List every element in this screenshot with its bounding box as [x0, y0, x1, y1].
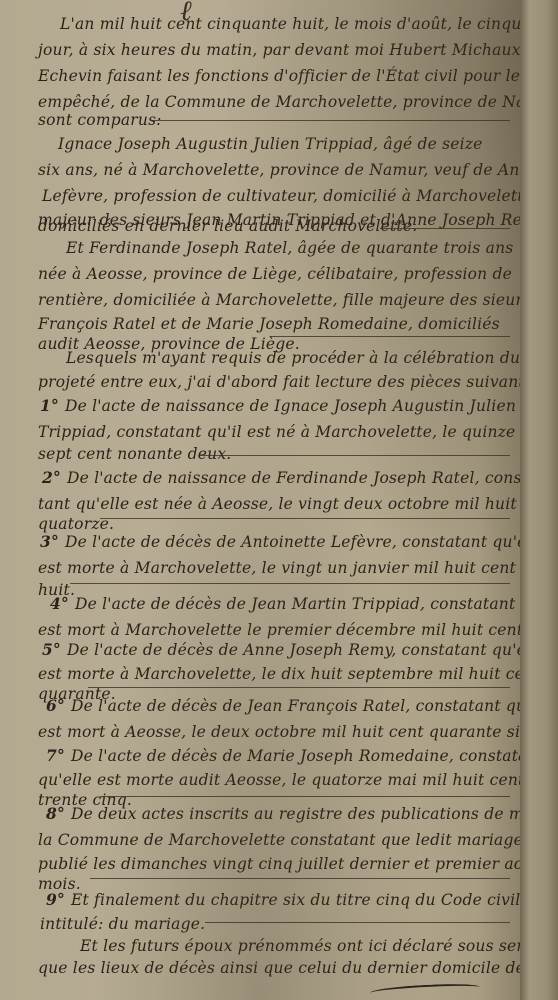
- item-6: 6°De l'acte de décès de Jean François Ra…: [46, 696, 490, 716]
- bride-line-4: François Ratel et de Marie Joseph Romeda…: [38, 314, 490, 334]
- item-number: 6°: [46, 696, 65, 715]
- item-4: 4°De l'acte de décès de Jean Martin Trip…: [50, 594, 490, 614]
- item-6-line-2: est mort à Aeosse, le deux octobre mil h…: [38, 722, 490, 742]
- intro-line-2: jour, à six heures du matin, par devant …: [38, 40, 490, 60]
- item-2-line-2: tant qu'elle est née à Aeosse, le vingt …: [38, 494, 490, 514]
- separator-rule: [90, 878, 510, 879]
- intro-line-3: Echevin faisant les fonctions d'officier…: [38, 66, 490, 86]
- item-7-line-2: qu'elle est morte audit Aeosse, le quato…: [38, 770, 490, 790]
- item-2-line-3: quatorze.: [38, 514, 490, 534]
- item-1-line-2: Trippiad, constatant qu'il est né à Marc…: [38, 422, 490, 442]
- separator-rule: [380, 228, 510, 229]
- separator-rule: [150, 120, 510, 121]
- item-7: 7°De l'acte de décès de Marie Joseph Rom…: [46, 746, 490, 766]
- item-3-line-2: est morte à Marchovelette, le vingt un j…: [38, 558, 490, 578]
- item-1: 1°De l'acte de naissance de Ignace Josep…: [40, 396, 490, 416]
- separator-rule: [88, 687, 510, 688]
- item-2: 2°De l'acte de naissance de Ferdinande J…: [42, 468, 490, 488]
- separator-rule: [200, 455, 510, 456]
- item-number: 3°: [40, 532, 59, 551]
- item-9-line-2: intitulé: du mariage.: [40, 914, 490, 934]
- item-number: 1°: [40, 396, 59, 415]
- separator-rule: [100, 518, 510, 519]
- separator-rule: [205, 922, 510, 923]
- request-line-1: Lesquels m'ayant requis de procéder à la…: [66, 348, 490, 368]
- bride-line-3: rentière, domiciliée à Marchovelette, fi…: [38, 290, 490, 310]
- intro-line-1: L'an mil huit cent cinquante huit, le mo…: [60, 14, 490, 34]
- separator-rule: [270, 336, 510, 337]
- item-number: 5°: [42, 640, 61, 659]
- item-1-line-3: sept cent nonante deux.: [38, 444, 490, 464]
- groom-line-1: Ignace Joseph Augustin Julien Trippiad, …: [58, 134, 490, 154]
- page-edge: [520, 0, 558, 1000]
- item-number: 7°: [46, 746, 65, 765]
- request-line-2: projeté entre eux, j'ai d'abord fait lec…: [38, 372, 490, 392]
- groom-line-5: domiciliés en dernier lieu audit Marchov…: [38, 216, 490, 236]
- item-8-line-3: publié les dimanches vingt cinq juillet …: [38, 854, 490, 874]
- closing-line-1: Et les futurs époux prénommés ont ici dé…: [80, 936, 490, 956]
- flourish-mark: [370, 982, 480, 998]
- intro-line-4: empêché, de la Commune de Marchovelette,…: [38, 92, 490, 112]
- bride-line-1: Et Ferdinande Joseph Ratel, âgée de quar…: [66, 238, 490, 258]
- item-8-line-2: la Commune de Marchovelette constatant q…: [38, 830, 490, 850]
- groom-line-3: Lefèvre, profession de cultivateur, domi…: [42, 186, 490, 206]
- item-9: 9°Et finalement du chapitre six du titre…: [46, 890, 490, 910]
- item-5-line-2: est morte à Marchovelette, le dix huit s…: [38, 664, 490, 684]
- item-number: 9°: [46, 890, 65, 909]
- item-4-line-2: est mort à Marchovelette le premier déce…: [38, 620, 490, 640]
- register-page: ℓ L'an mil huit cent cinquante huit, le …: [0, 0, 520, 1000]
- closing-line-2: que les lieux de décès ainsi que celui d…: [38, 958, 490, 978]
- separator-rule: [70, 583, 510, 584]
- bride-line-2: née à Aeosse, province de Liège, célibat…: [38, 264, 490, 284]
- item-3: 3°De l'acte de décès de Antoinette Lefèv…: [40, 532, 490, 552]
- item-number: 4°: [50, 594, 69, 613]
- separator-rule: [100, 796, 510, 797]
- item-number: 2°: [42, 468, 61, 487]
- item-5: 5°De l'acte de décès de Anne Joseph Remy…: [42, 640, 490, 660]
- item-number: 8°: [46, 804, 65, 823]
- groom-line-2: six ans, né à Marchovelette, province de…: [38, 160, 490, 180]
- item-8: 8°De deux actes inscrits au registre des…: [46, 804, 490, 824]
